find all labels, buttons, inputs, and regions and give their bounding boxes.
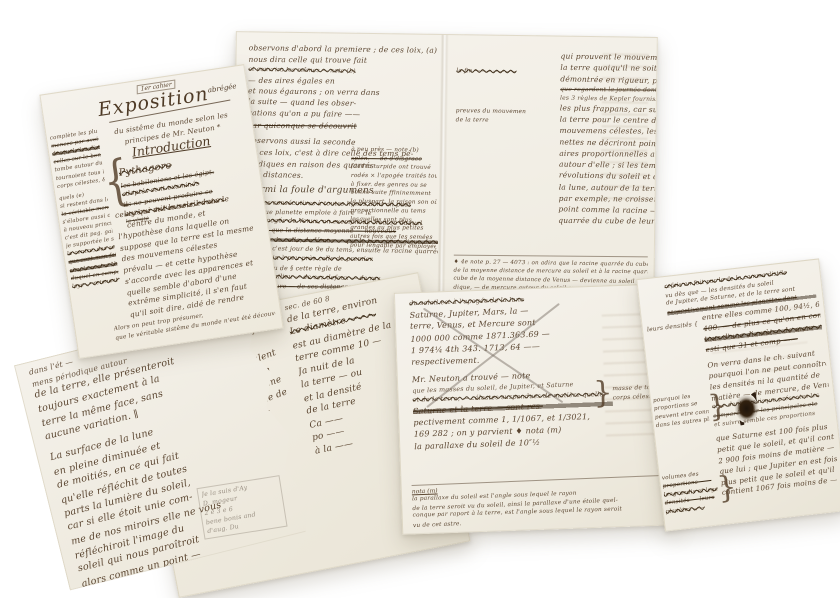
- footnote-lines: la parallaxe du soleil est l'angle sous …: [412, 486, 667, 530]
- right-sheet-densites-label: leurs densités {: [646, 319, 701, 334]
- bifolium-left-inset-column: à peu près — note (b)splèn. — de d'disgr…: [350, 146, 437, 251]
- manuscript-line: rodés × l'apogée traités toujours: [351, 172, 437, 181]
- manuscript-line: — des aires égales en: [248, 74, 436, 87]
- manuscript-line: pour lengable par employées plus lentes: [350, 241, 436, 251]
- manuscript-line: proportionnelle au tems: [350, 207, 436, 216]
- manuscript-sheet-right: refois on fait par le de la comme distil…: [636, 258, 840, 531]
- bifolium-right-margin-note: preuves du mouvementde la terre: [456, 107, 526, 125]
- manuscript-line: grandes au plus petites: [350, 224, 436, 233]
- bifolium-right-margin-note: la fin ———————: [456, 67, 526, 77]
- margin-note-lines: volumes desproportions ——lengrandis et l…: [661, 469, 719, 517]
- bottom-left-text: dans l'ét —mens périodique autourde la t…: [28, 325, 255, 592]
- manuscript-line: quarrée du cube de leur —: [558, 215, 654, 227]
- manuscript-line: preuves du mouvement: [456, 107, 526, 117]
- manuscript-sheet-exposition: 1er cahier complète les plus com.mences …: [39, 64, 283, 359]
- manuscript-line: de la terre: [456, 116, 526, 125]
- exposition-text: celuy qui mit le soleil dans lecentre du…: [114, 188, 275, 319]
- ink-bleedthrough: [708, 305, 811, 379]
- footnote-divider: [454, 255, 648, 258]
- right-sheet-margin-note: volumes desproportions ——lengrandis et l…: [661, 466, 738, 516]
- ink-bleedthrough: [601, 53, 649, 204]
- brace-mark: }: [707, 391, 729, 423]
- manuscript-sheet-center-bottom: du soleil est à l'apogée de la luneSatur…: [394, 283, 676, 534]
- brace-mark: }: [716, 472, 738, 504]
- manuscript-line: la fin ———————: [456, 67, 526, 77]
- center-bottom-text: du soleil est à l'apogée de la luneSatur…: [409, 292, 614, 453]
- margin-note-lines: pourquoi lesproportions sepeuvent etre c…: [653, 391, 710, 430]
- bifolium-right-page: la fin ——————— preuves du mouvementde la…: [441, 35, 657, 304]
- title-superscript: abrégée: [207, 82, 237, 94]
- manuscript-line: par quiconque se découvrit: [248, 119, 436, 132]
- center-bottom-footnote: nota (m) la parallaxe du soleil est l'an…: [411, 472, 667, 530]
- manuscript-photo: observons d'abord la premiere ; de ces l…: [0, 0, 840, 598]
- manuscript-sheet-bifolium: observons d'abord la premiere ; de ces l…: [232, 31, 658, 305]
